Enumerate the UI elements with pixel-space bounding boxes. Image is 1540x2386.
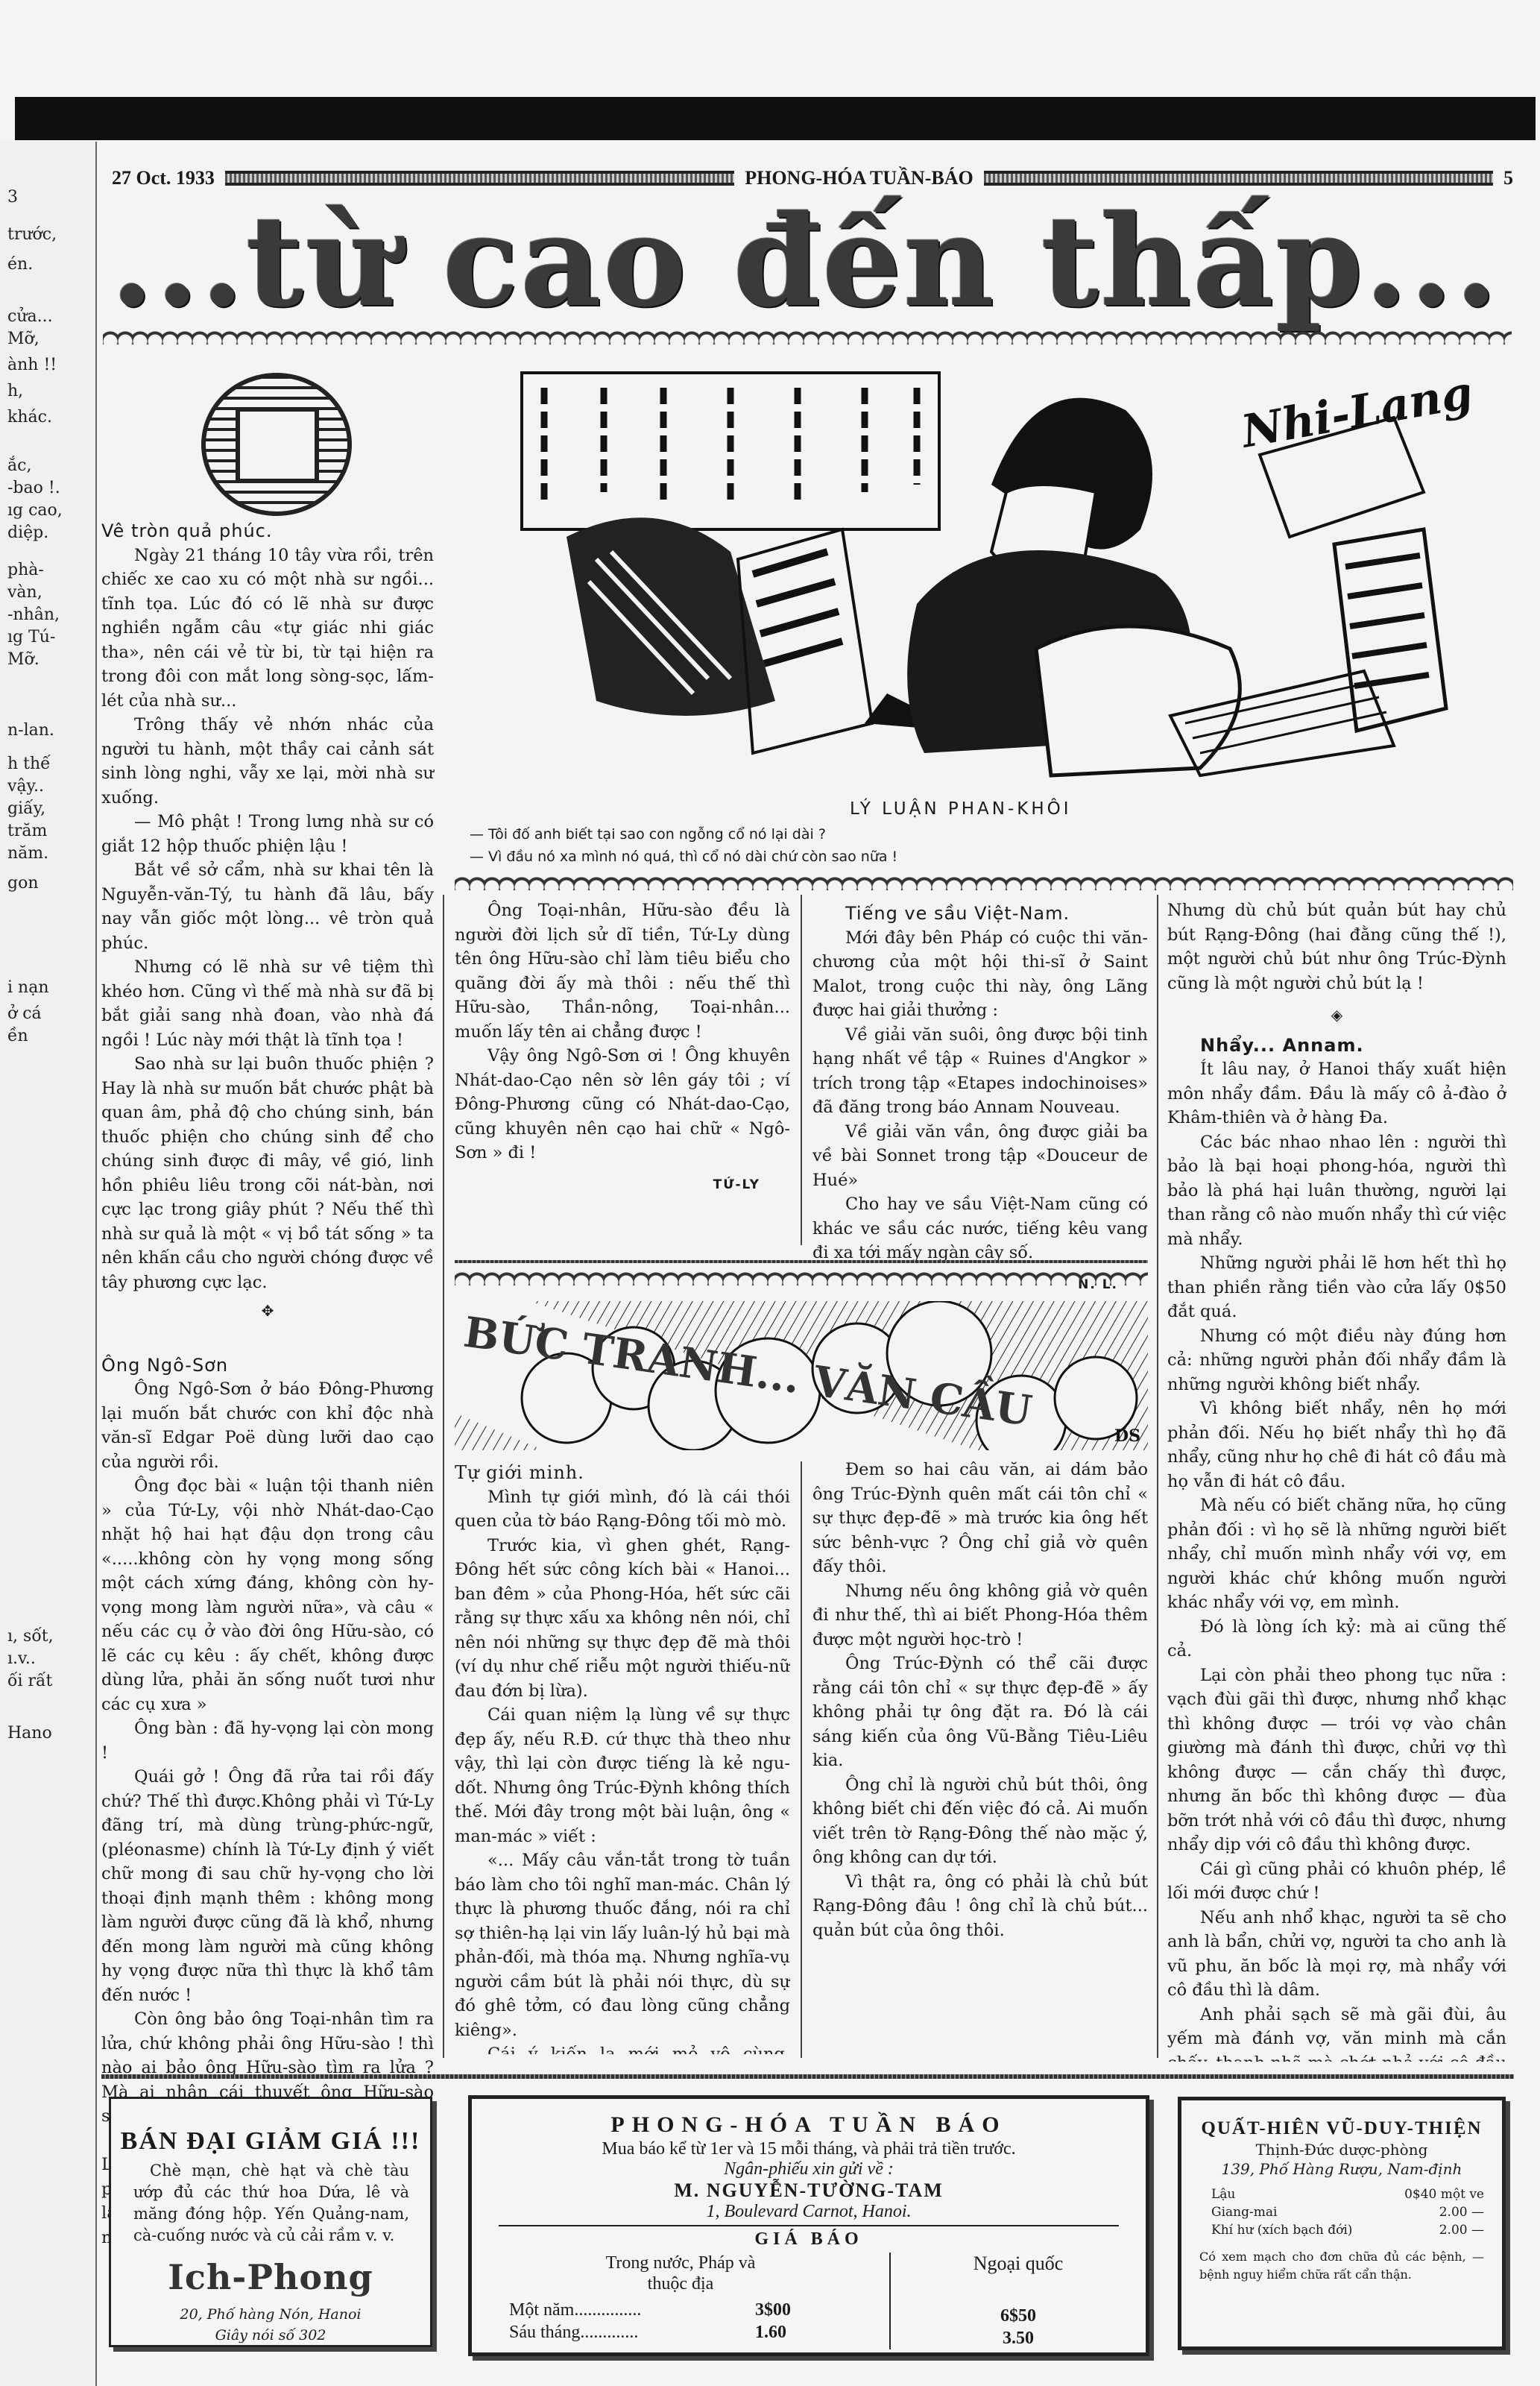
ad-note: Có xem mạch cho đơn chữa đủ các bệnh, — … — [1181, 2239, 1502, 2284]
paragraph: Đem so hai câu văn, ai dám bảo ông Trúc-… — [812, 1458, 1148, 1579]
ad-divider — [499, 2225, 1119, 2226]
paragraph: Vì thật ra, ông có phải là chủ bút Rạng-… — [812, 1870, 1148, 1943]
article-heading: Tự giới minh. — [455, 1461, 790, 1485]
column-2-bottom: Tự giới minh. Mình tự giới mình, đó là c… — [455, 1458, 790, 2054]
paragraph: Ông Trúc-Đỳnh có thể cãi được rằng cái t… — [812, 1652, 1148, 1773]
ad-subtitle: Thịnh-Đức dược-phòng — [1181, 2141, 1502, 2159]
paragraph: Về giải văn vần, ông được giải ba về bài… — [812, 1120, 1148, 1193]
cartoon-illustration: Nhi-Lang — [514, 365, 1513, 783]
ad-recipient-address: 1, Boulevard Carnot, Hanoi. — [472, 2202, 1146, 2222]
page-number: 5 — [1503, 167, 1513, 189]
paragraph: «... Mấy câu vắn-tắt trong tờ tuần báo l… — [455, 1848, 790, 2042]
paragraph: Sao nhà sư lại buôn thuốc phiện ? Hay là… — [101, 1052, 434, 1294]
wave-divider — [103, 328, 1512, 344]
item-price: 0$40 một ve — [1404, 2185, 1484, 2203]
price-item: Giang-mai2.00 — — [1211, 2203, 1484, 2221]
price-domestic: 3$00 — [755, 2299, 791, 2321]
margin-fragment: h, — [7, 380, 23, 403]
article-heading: Ông Ngô-Sơn — [101, 1353, 434, 1378]
price-label: Sáu tháng............. — [509, 2321, 755, 2343]
margin-fragment: năm. — [7, 843, 48, 865]
ornament-icon: ◈ — [1167, 1003, 1506, 1027]
margin-fragment: Mỡ, — [7, 328, 40, 350]
margin-fragment: Mỡ. — [7, 649, 40, 671]
article-heading: Vê tròn quả phúc. — [101, 519, 434, 544]
paragraph: Ông Ngô-Sơn ở báo Đông-Phương lại muốn b… — [101, 1377, 434, 1474]
header-rule-right — [984, 171, 1493, 186]
paragraph: Nhưng nếu ông không giả vờ quên đi như t… — [812, 1579, 1148, 1652]
price-label: Một năm............... — [509, 2299, 755, 2321]
paragraph: — Mô phật ! Trong lưng nhà sư có giắt 12… — [101, 810, 434, 858]
margin-fragment: giấy, — [7, 798, 45, 820]
paragraph: Nhưng có lẽ nhà sư vê tiệm thì khéo hơn.… — [101, 955, 434, 1052]
margin-fragment: ắc, — [7, 455, 31, 477]
ad-title: QUẤT-HIÊN VŨ-DUY-THIỆN — [1181, 2118, 1502, 2139]
paragraph: Trước kia, vì ghen ghét, Rạng-Đông hết s… — [455, 1534, 790, 1704]
paragraph: Nhưng có một điều này đúng hơn cả: những… — [1167, 1324, 1506, 1397]
margin-fragment: ıg Tú- — [7, 626, 55, 649]
column-divider — [443, 895, 444, 2058]
paragraph: Nhưng dù chủ bút quản bút hay chủ bút Rạ… — [1167, 898, 1506, 995]
wave-divider — [455, 874, 1513, 890]
banner-illustration: BỨC TRANH... VĂN CẦU DS — [455, 1301, 1148, 1450]
article-heading: Nhẩy... Annam. — [1167, 1033, 1506, 1058]
paragraph: Ông chỉ là người chủ bút thôi, ông không… — [812, 1773, 1148, 1870]
margin-fragment: -nhân, — [7, 604, 60, 626]
column-4: Nhưng dù chủ bút quản bút hay chủ bút Rạ… — [1167, 898, 1506, 2062]
column-3-top: Tiếng ve sầu Việt-Nam. Mới đây bên Pháp … — [812, 898, 1148, 1297]
margin-fragment: gon — [7, 872, 39, 895]
margin-fragment: én. — [7, 254, 33, 276]
paragraph: Cái quan niệm lạ lùng về sự thực đẹp ấy,… — [455, 1703, 790, 1848]
paragraph: Vậy ông Ngô-Sơn ơi ! Ông khuyên Nhát-dao… — [455, 1044, 790, 1165]
ornament-icon: ✥ — [101, 1299, 434, 1323]
paragraph: Mà nếu có biết chăng nữa, họ cũng phản đ… — [1167, 1493, 1506, 1615]
ad-ich-phong: BÁN ĐẠI GIẢM GIÁ !!! Chè mạn, chè hạt và… — [109, 2097, 432, 2347]
column-2-top: Ông Toại-nhân, Hữu-sào đều là người đời … — [455, 898, 790, 1197]
margin-fragment: h thế — [7, 753, 51, 775]
column-divider — [1157, 895, 1158, 2058]
signature: TỨ-LY — [455, 1173, 790, 1197]
paragraph: Ngày 21 tháng 10 tây vừa rồi, trên chiếc… — [101, 544, 434, 714]
paragraph: Vì không biết nhẩy, nên họ mới phản đối.… — [1167, 1397, 1506, 1493]
margin-fragment: trăm — [7, 820, 47, 843]
domestic-label: Trong nước, Pháp và thuộc địa — [472, 2253, 889, 2294]
paragraph: Nếu anh nhổ khạc, người ta sẽ cho anh là… — [1167, 1906, 1506, 2003]
ad-title: PHONG-HÓA TUẦN BÁO — [472, 2112, 1146, 2138]
paragraph: Cái ý kiến lạ mới mẻ vô cùng. Nhưng hình… — [455, 2042, 790, 2054]
margin-fragment: trước, — [7, 224, 57, 246]
margin-fragment: ıg cao, — [7, 500, 63, 522]
paragraph: Đó là lòng ích kỷ: mà ai cũng thế cả. — [1167, 1615, 1506, 1663]
item-name: Giang-mai — [1211, 2203, 1277, 2221]
paragraph: Quái gở ! Ông đã rửa tai rồi đấy chứ? Th… — [101, 1765, 434, 2007]
ad-payment-note: Ngân-phiếu xin gửi về : — [472, 2159, 1146, 2179]
cartoon-dialogue-line-2: — Vì đầu nó xa mình nó quá, thì cổ nó dà… — [470, 849, 897, 865]
ad-brand: Ich-Phong — [111, 2257, 430, 2297]
header-rule-left — [225, 171, 734, 186]
issue-date: 27 Oct. 1933 — [112, 167, 215, 189]
previous-page-margin: 3trước,én.cửa...Mỡ,ành !!h,khác.ắc,-bao … — [0, 142, 97, 2386]
foreign-label: Ngoại quốc — [891, 2253, 1146, 2275]
price-foreign: 6$50 — [891, 2305, 1146, 2327]
wave-divider — [455, 1269, 1148, 1285]
paragraph: Cái gì cũng phải có khuôn phép, lề lối m… — [1167, 1857, 1506, 1906]
paragraph: Ít lâu nay, ở Hanoi thấy xuất hiện môn n… — [1167, 1057, 1506, 1130]
ad-address: 20, Phố hàng Nón, Hanoi — [111, 2306, 430, 2323]
paragraph: Trông thấy vẻ nhớn nhác của người tu hàn… — [101, 713, 434, 810]
price-row: Một năm............... 3$00 — [472, 2299, 889, 2321]
price-foreign: 3.50 — [891, 2327, 1146, 2349]
paragraph: Lại còn phải theo phong tục nữa : vạch đ… — [1167, 1663, 1506, 1857]
margin-fragment: vàn, — [7, 582, 42, 604]
ad-recipient: M. NGUYỄN-TƯỜNG-TAM — [472, 2179, 1146, 2202]
margin-fragment: n-lan. — [7, 720, 54, 742]
item-name: Lậu — [1211, 2185, 1235, 2203]
ad-subscription: PHONG-HÓA TUẦN BÁO Mua báo kể từ 1er và … — [468, 2095, 1149, 2356]
ad-body: Chè mạn, chè hạt và chè tàu ướp đủ các t… — [111, 2156, 430, 2247]
price-item: Khí hư (xích bạch đới)2.00 — — [1211, 2221, 1484, 2239]
item-price: 2.00 — — [1439, 2203, 1484, 2221]
price-row: Sáu tháng............. 1.60 — [472, 2321, 889, 2343]
paragraph: Cho hay ve sầu Việt-Nam cũng có khác ve … — [812, 1192, 1148, 1265]
margin-fragment: ành !! — [7, 354, 57, 377]
cartoon-dialogue-line-1: — Tôi đố anh biết tại sao con ngỗng cổ n… — [470, 826, 826, 843]
paragraph: Ông bàn : đã hy-vọng lại còn mong ! — [101, 1716, 434, 1765]
page-title: ...từ cao đến thấp... — [97, 201, 1513, 321]
artist-mark: DS — [1114, 1426, 1140, 1446]
cartoon-title: LÝ LUẬN PHAN-KHÔI — [850, 799, 1072, 819]
column-divider — [801, 1461, 802, 2058]
paragraph: Những người phải lẽ hơn hết thì họ than … — [1167, 1251, 1506, 1324]
item-name: Khí hư (xích bạch đới) — [1211, 2221, 1352, 2239]
paragraph: Mình tự giới mình, đó là cái thói quen c… — [455, 1485, 790, 1534]
column-logo-emblem — [201, 373, 352, 516]
scan-top-edge — [15, 97, 1536, 140]
ad-phone: Giây nói số 302 — [111, 2327, 430, 2343]
price-domestic: 1.60 — [755, 2321, 786, 2343]
ad-title: BÁN ĐẠI GIẢM GIÁ !!! — [111, 2127, 430, 2156]
column-divider — [801, 895, 802, 1245]
paragraph: Ông Toại-nhân, Hữu-sào đều là người đời … — [455, 898, 790, 1044]
margin-fragment: i nạn — [7, 977, 48, 999]
margin-fragment: ối rất — [7, 1670, 52, 1693]
margin-fragment: ı.v.. — [7, 1648, 36, 1670]
ads-top-rule — [101, 2074, 1514, 2079]
ad-subscription-terms: Mua báo kể từ 1er và 15 mỗi tháng, và ph… — [472, 2139, 1146, 2159]
paragraph: Mới đây bên Pháp có cuộc thi văn-chương … — [812, 926, 1148, 1023]
margin-fragment: Hano — [7, 1722, 52, 1745]
margin-fragment: 3 — [7, 186, 18, 209]
paragraph: Bắt về sở cẩm, nhà sư khai tên là Nguyễn… — [101, 858, 434, 955]
ad-address: 139, Phố Hàng Rượu, Nam-định — [1181, 2160, 1502, 2178]
section-rule — [455, 1260, 1148, 1263]
margin-fragment: -bao !. — [7, 477, 60, 500]
margin-fragment: ở cá — [7, 1003, 42, 1025]
column-3-bottom: Đem so hai câu văn, ai dám bảo ông Trúc-… — [812, 1458, 1148, 2054]
margin-fragment: diệp. — [7, 522, 48, 544]
price-heading: GIÁ BÁO — [472, 2229, 1146, 2250]
paragraph: Về giải văn suôi, ông được bội tinh hạng… — [812, 1023, 1148, 1120]
ad-pharmacy: QUẤT-HIÊN VŨ-DUY-THIỆN Thịnh-Đức dược-ph… — [1178, 2097, 1506, 2350]
paragraph: Anh phải sạch sẽ mà gãi đùi, âu yếm mà đ… — [1167, 2003, 1506, 2062]
margin-fragment: ền — [7, 1025, 28, 1048]
margin-fragment: ı, sốt, — [7, 1625, 54, 1648]
paragraph: Ông đọc bài « luận tội thanh niên » của … — [101, 1474, 434, 1716]
margin-fragment: vậy.. — [7, 775, 44, 798]
margin-fragment: khác. — [7, 406, 52, 429]
margin-fragment: phà- — [7, 559, 44, 582]
column-1: Vê tròn quả phúc. Ngày 21 tháng 10 tây v… — [101, 516, 434, 2052]
margin-fragment: cửa... — [7, 306, 53, 328]
item-price: 2.00 — — [1439, 2221, 1484, 2239]
price-item: Lậu0$40 một ve — [1211, 2185, 1484, 2203]
publication-name: PHONG-HÓA TUẦN-BÁO — [745, 167, 973, 189]
paragraph: Các bác nhao nhao lên : người thì bảo là… — [1167, 1130, 1506, 1252]
article-heading: Tiếng ve sầu Việt-Nam. — [812, 901, 1148, 926]
